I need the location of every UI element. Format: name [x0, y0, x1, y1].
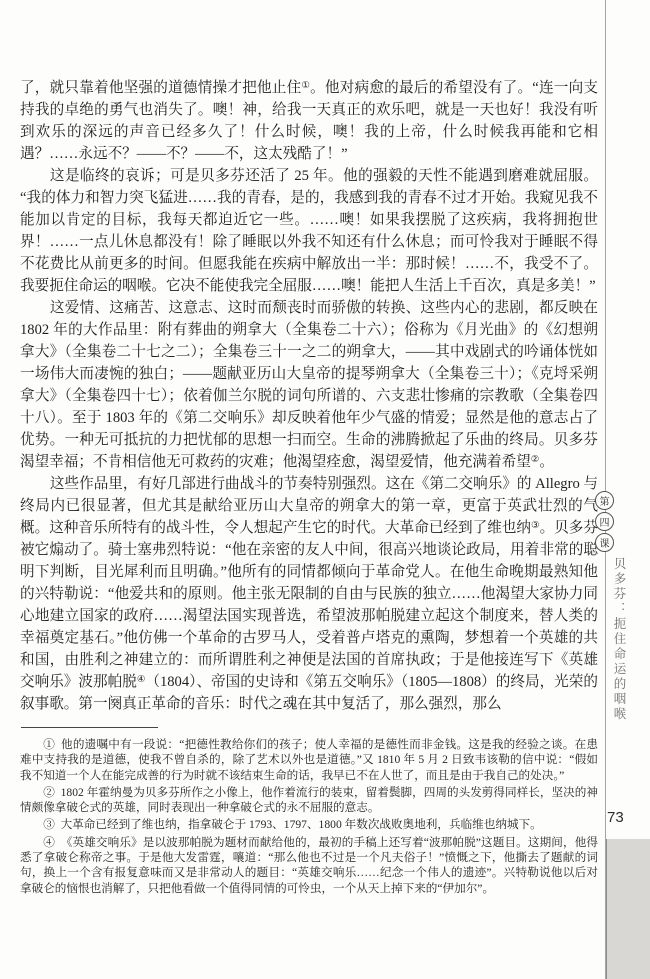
footnote-item: ③ 大革命已经到了维也纳，指拿破仑于 1793、1797、1800 年数次战败奥…: [20, 817, 598, 832]
sidebar-rule: [605, 0, 606, 979]
footnote-ref: ③: [531, 521, 540, 531]
footnote-item: ④ 《英雄交响乐》是以波那帕脱为题材而献给他的，最初的手稿上还写着“波那帕脱”这…: [20, 835, 598, 896]
page-edge-shade: [606, 839, 650, 979]
lesson-badge-char: 第: [595, 491, 614, 510]
footnote-marker: ④: [43, 836, 55, 849]
paragraph: 了，就只靠着他坚强的道德情操才把他止住①。他对病愈的最后的希望没有了。“连一向支…: [20, 77, 598, 165]
footnote-ref: ②: [531, 455, 540, 465]
sidebar-lesson-title: 贝多芬：扼住命运的咽喉: [610, 557, 628, 727]
footnote-marker: ③: [43, 818, 55, 831]
paragraph: 这爱情、这痛苦、这意志、这时而颓丧时而骄傲的转换、这些内心的悲剧，都反映在 18…: [20, 297, 598, 473]
footnotes: ① 他的遗嘱中有一段说：“把德性教给你们的孩子；使人幸福的是德性而非金钱。这是我…: [20, 737, 598, 898]
footnote-divider: [21, 727, 158, 728]
footnote-ref: ④: [137, 675, 146, 685]
body-text: 了，就只靠着他坚强的道德情操才把他止住①。他对病愈的最后的希望没有了。“连一向支…: [20, 77, 598, 715]
footnote-marker: ②: [43, 786, 55, 799]
paragraph: 这些作品里，有好几部进行曲战斗的节奏特别强烈。这在《第二交响乐》的 Allegr…: [20, 473, 598, 715]
lesson-badge-char: 课: [595, 533, 614, 552]
lesson-badge: 第四课: [595, 491, 614, 552]
footnote-item: ① 他的遗嘱中有一段说：“把德性教给你们的孩子；使人幸福的是德性而非金钱。这是我…: [20, 737, 598, 783]
footnote-marker: ①: [43, 738, 55, 751]
footnote-ref: ①: [301, 81, 310, 91]
paragraph: 这是临终的哀诉；可是贝多芬还活了 25 年。他的强毅的天性不能遇到磨难就屈服。“…: [20, 165, 598, 297]
lesson-badge-char: 四: [595, 512, 614, 531]
footnote-item: ② 1802 年霍纳曼为贝多芬所作之小像上，他作着流行的装束，留着鬓脚，四周的头…: [20, 785, 598, 816]
book-page: { "page": { "number": "73" }, "sidebar":…: [0, 0, 650, 979]
page-number: 73: [607, 809, 624, 826]
